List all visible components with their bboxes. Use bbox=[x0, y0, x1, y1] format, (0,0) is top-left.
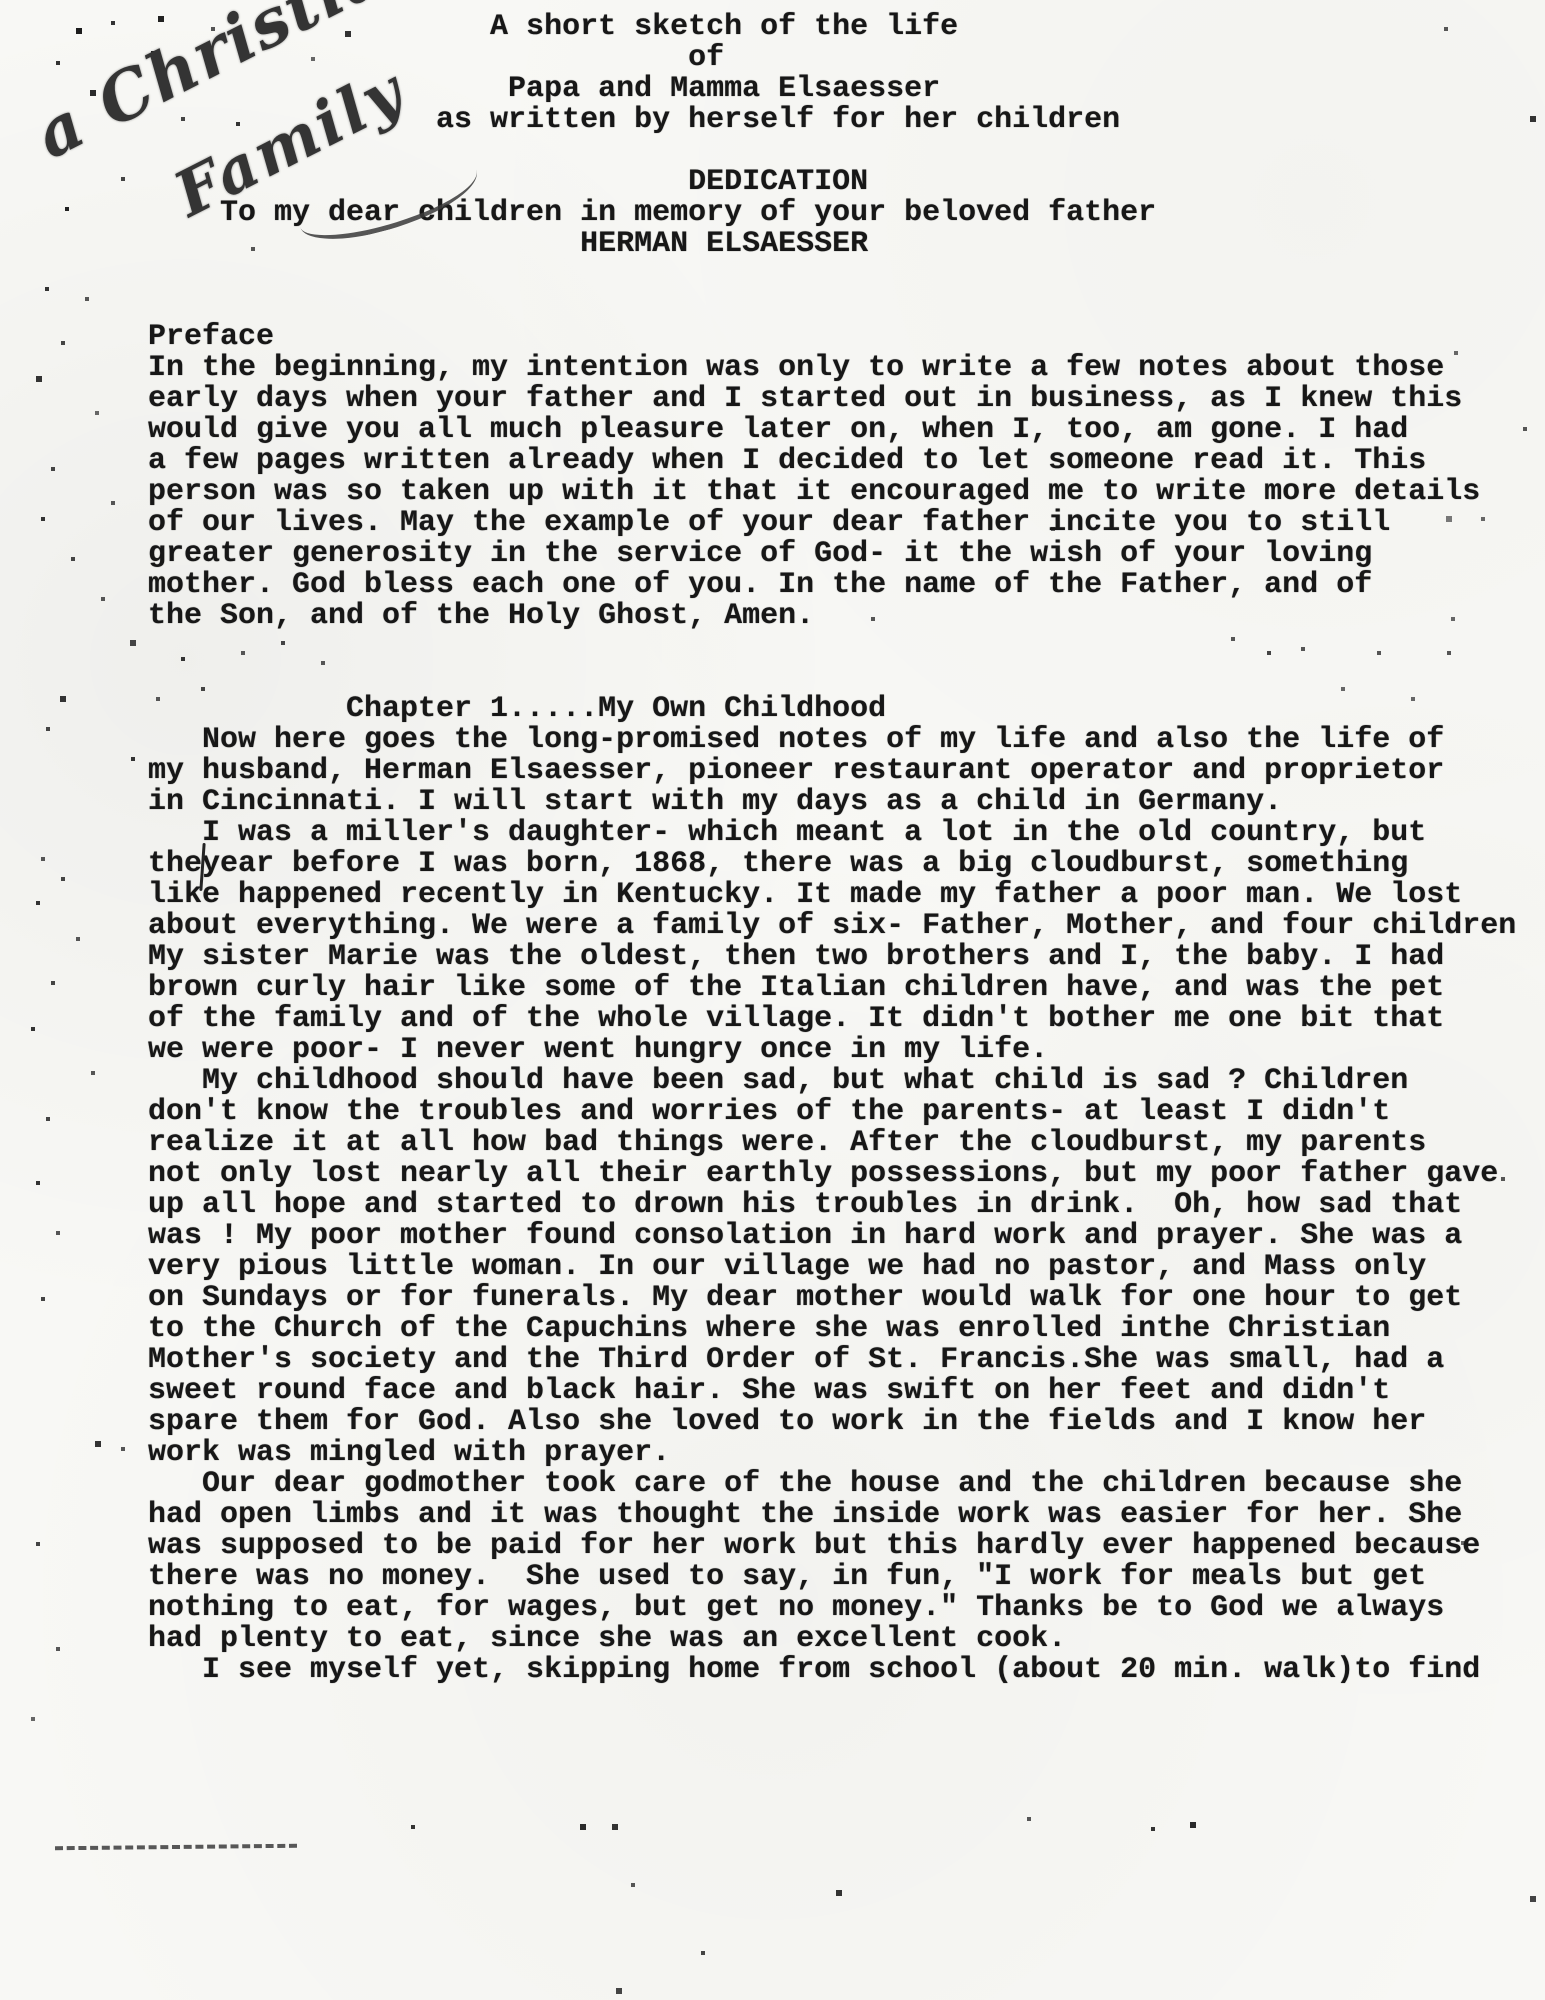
text-line: like happened recently in Kentucky. It m… bbox=[148, 880, 1516, 911]
text-line: we were poor- I never went hungry once i… bbox=[148, 1035, 1516, 1066]
text-line bbox=[148, 136, 1516, 167]
text-line: there was no money. She used to say, in … bbox=[148, 1562, 1516, 1593]
text-line: mother. God bless each one of you. In th… bbox=[148, 570, 1516, 601]
text-line: work was mingled with prayer. bbox=[148, 1438, 1516, 1469]
text-line: the Son, and of the Holy Ghost, Amen. bbox=[148, 601, 1516, 632]
text-line: very pious little woman. In our village … bbox=[148, 1252, 1516, 1283]
text-line: nothing to eat, for wages, but get no mo… bbox=[148, 1593, 1516, 1624]
text-line: I was a miller's daughter- which meant a… bbox=[148, 818, 1516, 849]
text-line: greater generosity in the service of God… bbox=[148, 539, 1516, 570]
text-line: Our dear godmother took care of the hous… bbox=[148, 1469, 1516, 1500]
text-line bbox=[148, 291, 1516, 322]
text-line: theyear before I was born, 1868, there w… bbox=[148, 849, 1516, 880]
text-line bbox=[148, 632, 1516, 663]
text-line: to the Church of the Capuchins where she… bbox=[148, 1314, 1516, 1345]
text-line: realize it at all how bad things were. A… bbox=[148, 1128, 1516, 1159]
text-line: a few pages written already when I decid… bbox=[148, 446, 1516, 477]
text-line: in Cincinnati. I will start with my days… bbox=[148, 787, 1516, 818]
text-line: was ! My poor mother found consolation i… bbox=[148, 1221, 1516, 1252]
text-line: Now here goes the long-promised notes of… bbox=[148, 725, 1516, 756]
scan-noise-speckles bbox=[0, 0, 2, 2]
text-line: of the family and of the whole village. … bbox=[148, 1004, 1516, 1035]
text-line: Chapter 1.....My Own Childhood bbox=[148, 694, 1516, 725]
text-line: In the beginning, my intention was only … bbox=[148, 353, 1516, 384]
text-line: don't know the troubles and worries of t… bbox=[148, 1097, 1516, 1128]
text-line: my husband, Herman Elsaesser, pioneer re… bbox=[148, 756, 1516, 787]
text-line: Mother's society and the Third Order of … bbox=[148, 1345, 1516, 1376]
scanned-document-page: A short sketch of the life of Papa and M… bbox=[0, 0, 1545, 2000]
text-line: of our lives. May the example of your de… bbox=[148, 508, 1516, 539]
text-line: on Sundays or for funerals. My dear moth… bbox=[148, 1283, 1516, 1314]
text-line: had plenty to eat, since she was an exce… bbox=[148, 1624, 1516, 1655]
text-line: had open limbs and it was thought the in… bbox=[148, 1500, 1516, 1531]
text-line: early days when your father and I starte… bbox=[148, 384, 1516, 415]
text-line: as written by herself for her children bbox=[148, 105, 1516, 136]
text-line: brown curly hair like some of the Italia… bbox=[148, 973, 1516, 1004]
pencil-smudge-line bbox=[55, 1844, 297, 1851]
text-line: not only lost nearly all their earthly p… bbox=[148, 1159, 1516, 1190]
text-line: spare them for God. Also she loved to wo… bbox=[148, 1407, 1516, 1438]
text-line: Papa and Mamma Elsaesser bbox=[148, 74, 1516, 105]
text-line: sweet round face and black hair. She was… bbox=[148, 1376, 1516, 1407]
text-line bbox=[148, 663, 1516, 694]
text-line: I see myself yet, skipping home from sch… bbox=[148, 1655, 1516, 1686]
text-line: My sister Marie was the oldest, then two… bbox=[148, 942, 1516, 973]
text-line: HERMAN ELSAESSER bbox=[148, 229, 1516, 260]
text-line: person was so taken up with it that it e… bbox=[148, 477, 1516, 508]
text-line: would give you all much pleasure later o… bbox=[148, 415, 1516, 446]
text-line: A short sketch of the life bbox=[148, 12, 1516, 43]
text-line: up all hope and started to drown his tro… bbox=[148, 1190, 1516, 1221]
text-line: about everything. We were a family of si… bbox=[148, 911, 1516, 942]
typewritten-text: A short sketch of the life of Papa and M… bbox=[0, 12, 1516, 1686]
text-line: of bbox=[148, 43, 1516, 74]
text-line: was supposed to be paid for her work but… bbox=[148, 1531, 1516, 1562]
text-line: DEDICATION bbox=[148, 167, 1516, 198]
text-line bbox=[148, 260, 1516, 291]
text-line: To my dear children in memory of your be… bbox=[148, 198, 1516, 229]
text-line: My childhood should have been sad, but w… bbox=[148, 1066, 1516, 1097]
text-line: Preface bbox=[148, 322, 1516, 353]
